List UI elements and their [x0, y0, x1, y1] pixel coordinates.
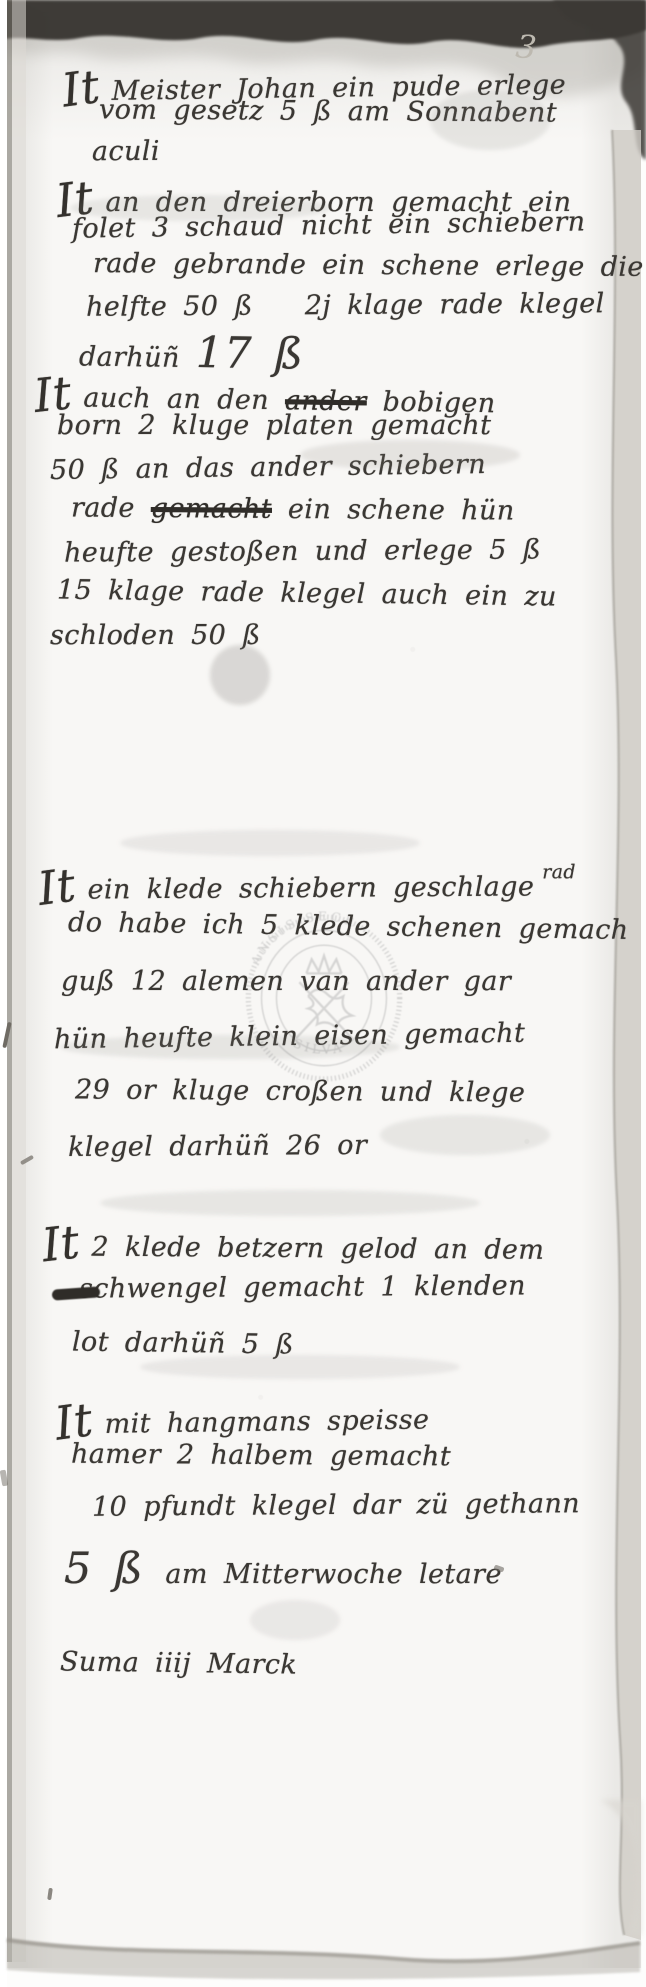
spaced-amount: 2j klage rade klegel — [305, 288, 605, 321]
manuscript-line: schloden 50 ß — [50, 622, 261, 649]
manuscript-line: 10 pfundt klegel dar zü gethann — [92, 1490, 580, 1520]
manuscript-line: rade gebrande ein schene erlege die — [93, 250, 644, 281]
manuscript-line: do habe ich 5 klede schenen gemach — [68, 909, 629, 944]
manuscript-line: born 2 kluge platen gemacht — [57, 412, 491, 439]
text-run: 29 or kluge croßen und klege — [75, 1074, 525, 1108]
manuscript: ItMeister Johan ein pude erlegevom geset… — [0, 0, 646, 1987]
manuscript-line: heufte gestoßen und erlege 5 ß — [64, 536, 541, 566]
text-run: am Mitterwoche letare — [165, 1559, 501, 1590]
manuscript-line: guß 12 alemen van ander gar — [61, 968, 511, 995]
text-run: 2 klede betzern gelod an dem — [91, 1232, 544, 1266]
manuscript-line: klegel darhüñ 26 or — [68, 1132, 367, 1161]
text-run: mit hangmans speisse — [104, 1404, 429, 1440]
text-run: heufte gestoßen und erlege 5 ß — [64, 534, 541, 568]
manuscript-line: vom gesetz 5 ß am Sonnabent — [99, 96, 557, 126]
item-mark: It — [39, 1218, 82, 1268]
manuscript-line: 15 klage rade klegel auch ein zu — [57, 577, 557, 611]
text-run: schloden 50 ß — [50, 620, 261, 651]
text-run: guß 12 alemen van ander gar — [61, 966, 511, 997]
text-run: born 2 kluge platen gemacht — [57, 410, 491, 441]
manuscript-line: 5 ß am Mitterwoche letare — [64, 1548, 502, 1591]
struck-word: gemacht — [151, 493, 272, 525]
text-run: hün heufte klein eisen gemacht — [54, 1018, 526, 1056]
manuscript-line: folet 3 schaud nicht ein schiebern — [72, 208, 586, 242]
text-run: helfte 50 ß — [86, 291, 253, 323]
manuscript-line: aculi — [92, 138, 160, 165]
manuscript-line: hün heufte klein eisen gemacht — [54, 1020, 526, 1054]
text-run: vom gesetz 5 ß am Sonnabent — [99, 94, 557, 128]
text-run: 50 ß an das ander schiebern — [50, 449, 486, 486]
manuscript-line: It2 klede betzern gelod an dem — [42, 1216, 545, 1266]
manuscript-line: helfte 50 ß2j klage rade klegel — [86, 290, 605, 321]
interlinear-insertion: rad — [542, 861, 576, 883]
item-mark: It — [59, 63, 102, 114]
text-run: Suma iiij Marck — [60, 1646, 298, 1680]
manuscript-line: hamer 2 halbem gemacht — [71, 1441, 451, 1471]
manuscript-line: 29 or kluge croßen und klege — [75, 1076, 525, 1106]
manuscript-line: rade gemacht ein schene hün — [71, 494, 515, 524]
manuscript-line: lot darhüñ 5 ß — [72, 1328, 294, 1358]
manuscript-line: schwengel gemacht 1 klenden — [79, 1272, 526, 1302]
manuscript-line: 50 ß an das ander schiebern — [50, 451, 486, 484]
text-run: schwengel gemacht 1 klenden — [79, 1270, 526, 1304]
text-run: klegel darhüñ 26 or — [68, 1130, 367, 1163]
text-run: rade gebrande ein schene erlege die — [93, 248, 644, 283]
text-run: aculi — [92, 136, 160, 167]
text-run: do habe ich 5 klede schenen gemach — [68, 907, 629, 946]
text-run: ein klede schiebern geschlage — [87, 871, 534, 905]
item-mark: It — [35, 862, 78, 912]
text-run: folet 3 schaud nicht ein schiebern — [72, 206, 586, 244]
manuscript-scan: ANSIS·SECR SILVA 3 ItMeister Johan ein p… — [0, 0, 646, 1987]
text-run: 10 pfundt klegel dar zü gethann — [92, 1488, 580, 1522]
amount-large: 5 ß — [64, 1544, 165, 1594]
manuscript-line: Suma iiij Marck — [60, 1648, 298, 1678]
manuscript-line: Itmit hangmans speisse — [55, 1389, 430, 1440]
text-run: lot darhüñ 5 ß — [72, 1326, 294, 1360]
text-run: hamer 2 halbem gemacht — [71, 1439, 451, 1473]
text-run: ein schene hün — [272, 494, 515, 527]
manuscript-line: Itein klede schiebern geschlagerad — [38, 856, 576, 906]
text-run: rade — [71, 492, 151, 524]
text-run: 15 klage rade klegel auch ein zu — [57, 575, 557, 613]
